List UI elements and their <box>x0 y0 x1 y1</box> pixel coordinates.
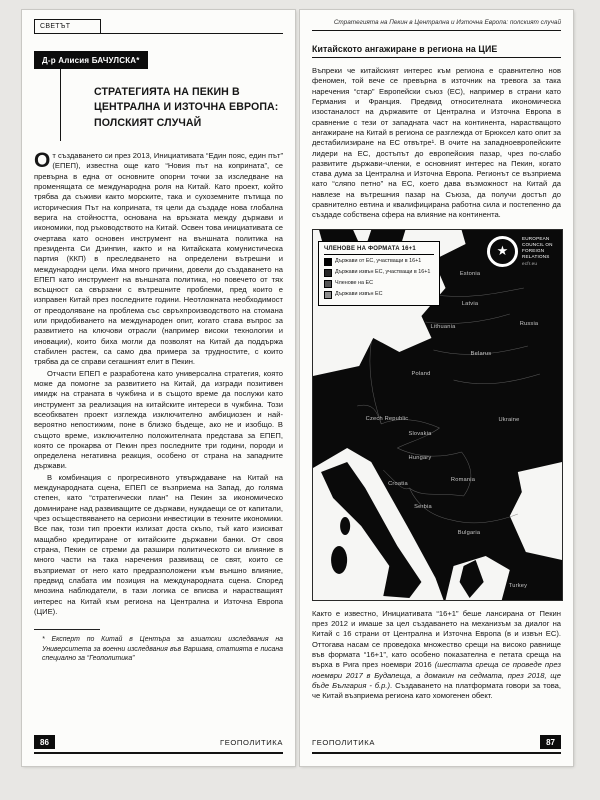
star-icon: ★ <box>487 236 518 267</box>
ecfr-logo: ★ European Council on Foreign Relations … <box>487 236 557 267</box>
section-tab: СВЕТЪТ <box>34 19 101 33</box>
page-number: 87 <box>540 735 561 749</box>
map-country-label: Czech Republic <box>366 416 409 422</box>
right-page-footer: ГЕОПОЛИТИКА 87 <box>312 735 561 754</box>
map-country-label: Estonia <box>460 271 480 277</box>
paragraph: В комбинация с прогресивното утвърждаван… <box>34 473 283 617</box>
footnote: * Експерт по Китай в Центъра за азиатски… <box>34 635 283 664</box>
paragraph: От създаването си през 2013, Инициативат… <box>34 151 283 368</box>
ecfr-logo-name: European Council on Foreign Relations <box>522 236 553 259</box>
map-country-label: Bulgaria <box>458 530 480 536</box>
article-title: СТРАТЕГИЯТА НА ПЕКИН В ЦЕНТРАЛНА И ИЗТОЧ… <box>94 85 286 131</box>
journal-brand: ГЕОПОЛИТИКА <box>312 738 375 747</box>
map-figure: EstoniaLatviaLithuaniaRussiaBelarusPolan… <box>312 229 563 601</box>
legend-item: Държави извън ЕС, участващи в 16+1 <box>324 269 434 277</box>
left-page-footer: 86 ГЕОПОЛИТИКА <box>34 735 283 754</box>
legend-swatch <box>324 291 332 299</box>
author-box: Д-р Алисия БАЧУЛСКА* <box>34 51 148 69</box>
legend-label: Членове на ЕС <box>335 281 373 287</box>
map-country-label: Latvia <box>462 301 478 307</box>
legend-swatch <box>324 280 332 288</box>
paragraph: Въпреки че китайският интерес към регион… <box>312 66 561 221</box>
map-country-label: Turkey <box>509 583 527 589</box>
paragraph-text: т създаването си през 2013, Инициативата… <box>34 151 283 366</box>
map-country-label: Hungary <box>409 455 432 461</box>
left-page: СВЕТЪТ Д-р Алисия БАЧУЛСКА* СТРАТЕГИЯТА … <box>22 10 295 766</box>
right-page: Стратегията на Пекин в Централна и Източ… <box>300 10 573 766</box>
map-country-label: Romania <box>451 477 475 483</box>
map-country-label: Croatia <box>388 481 408 487</box>
section-heading: Китайското ангажиране в региона на ЦИЕ <box>312 44 561 58</box>
journal-brand: ГЕОПОЛИТИКА <box>220 738 283 747</box>
map-country-label: Slovakia <box>408 431 431 437</box>
paragraph: Отчасти ЕПЕП е разработена като универса… <box>34 369 283 472</box>
dropcap: О <box>34 152 50 169</box>
map-country-label: Poland <box>412 371 431 377</box>
legend-item: Членове на ЕС <box>324 280 434 288</box>
map-country-label: Serbia <box>414 504 432 510</box>
running-header: Стратегията на Пекин в Централна и Източ… <box>312 19 561 31</box>
article-body-right-top: Въпреки че китайският интерес към регион… <box>312 66 561 221</box>
left-page-header-rule: СВЕТЪТ <box>34 19 283 34</box>
map-country-label: Lithuania <box>431 324 456 330</box>
legend-label: Държави извън ЕС <box>335 292 383 298</box>
legend-swatch <box>324 258 332 266</box>
map-country-label: Ukraine <box>499 417 520 423</box>
ecfr-logo-text: European Council on Foreign Relations ec… <box>522 236 557 267</box>
ecfr-logo-url: ecfr.eu <box>522 261 557 267</box>
paragraph: Както е известно, Инициативата “16+1” бе… <box>312 609 561 702</box>
map-country-label: Belarus <box>471 351 492 357</box>
legend-item: Държави от ЕС, участващи в 16+1 <box>324 258 434 266</box>
legend-item: Държави извън ЕС <box>324 291 434 299</box>
map-legend: ЧЛЕНОВЕ НА ФОРМАТА 16+1 Държави от ЕС, у… <box>318 241 440 307</box>
title-block: СТРАТЕГИЯТА НА ПЕКИН В ЦЕНТРАЛНА И ИЗТОЧ… <box>60 69 283 141</box>
legend-swatch <box>324 269 332 277</box>
article-body-right-bottom: Както е известно, Инициативата “16+1” бе… <box>312 609 561 702</box>
footnote-separator <box>34 629 100 630</box>
legend-label: Държави от ЕС, участващи в 16+1 <box>335 259 421 265</box>
map-country-label: Russia <box>520 321 539 327</box>
map-legend-title: ЧЛЕНОВЕ НА ФОРМАТА 16+1 <box>324 246 434 256</box>
legend-label: Държави извън ЕС, участващи в 16+1 <box>335 270 430 276</box>
map-legend-items: Държави от ЕС, участващи в 16+1Държави и… <box>324 258 434 299</box>
article-body-left: От създаването си през 2013, Инициативат… <box>34 151 283 617</box>
page-number: 86 <box>34 735 55 749</box>
